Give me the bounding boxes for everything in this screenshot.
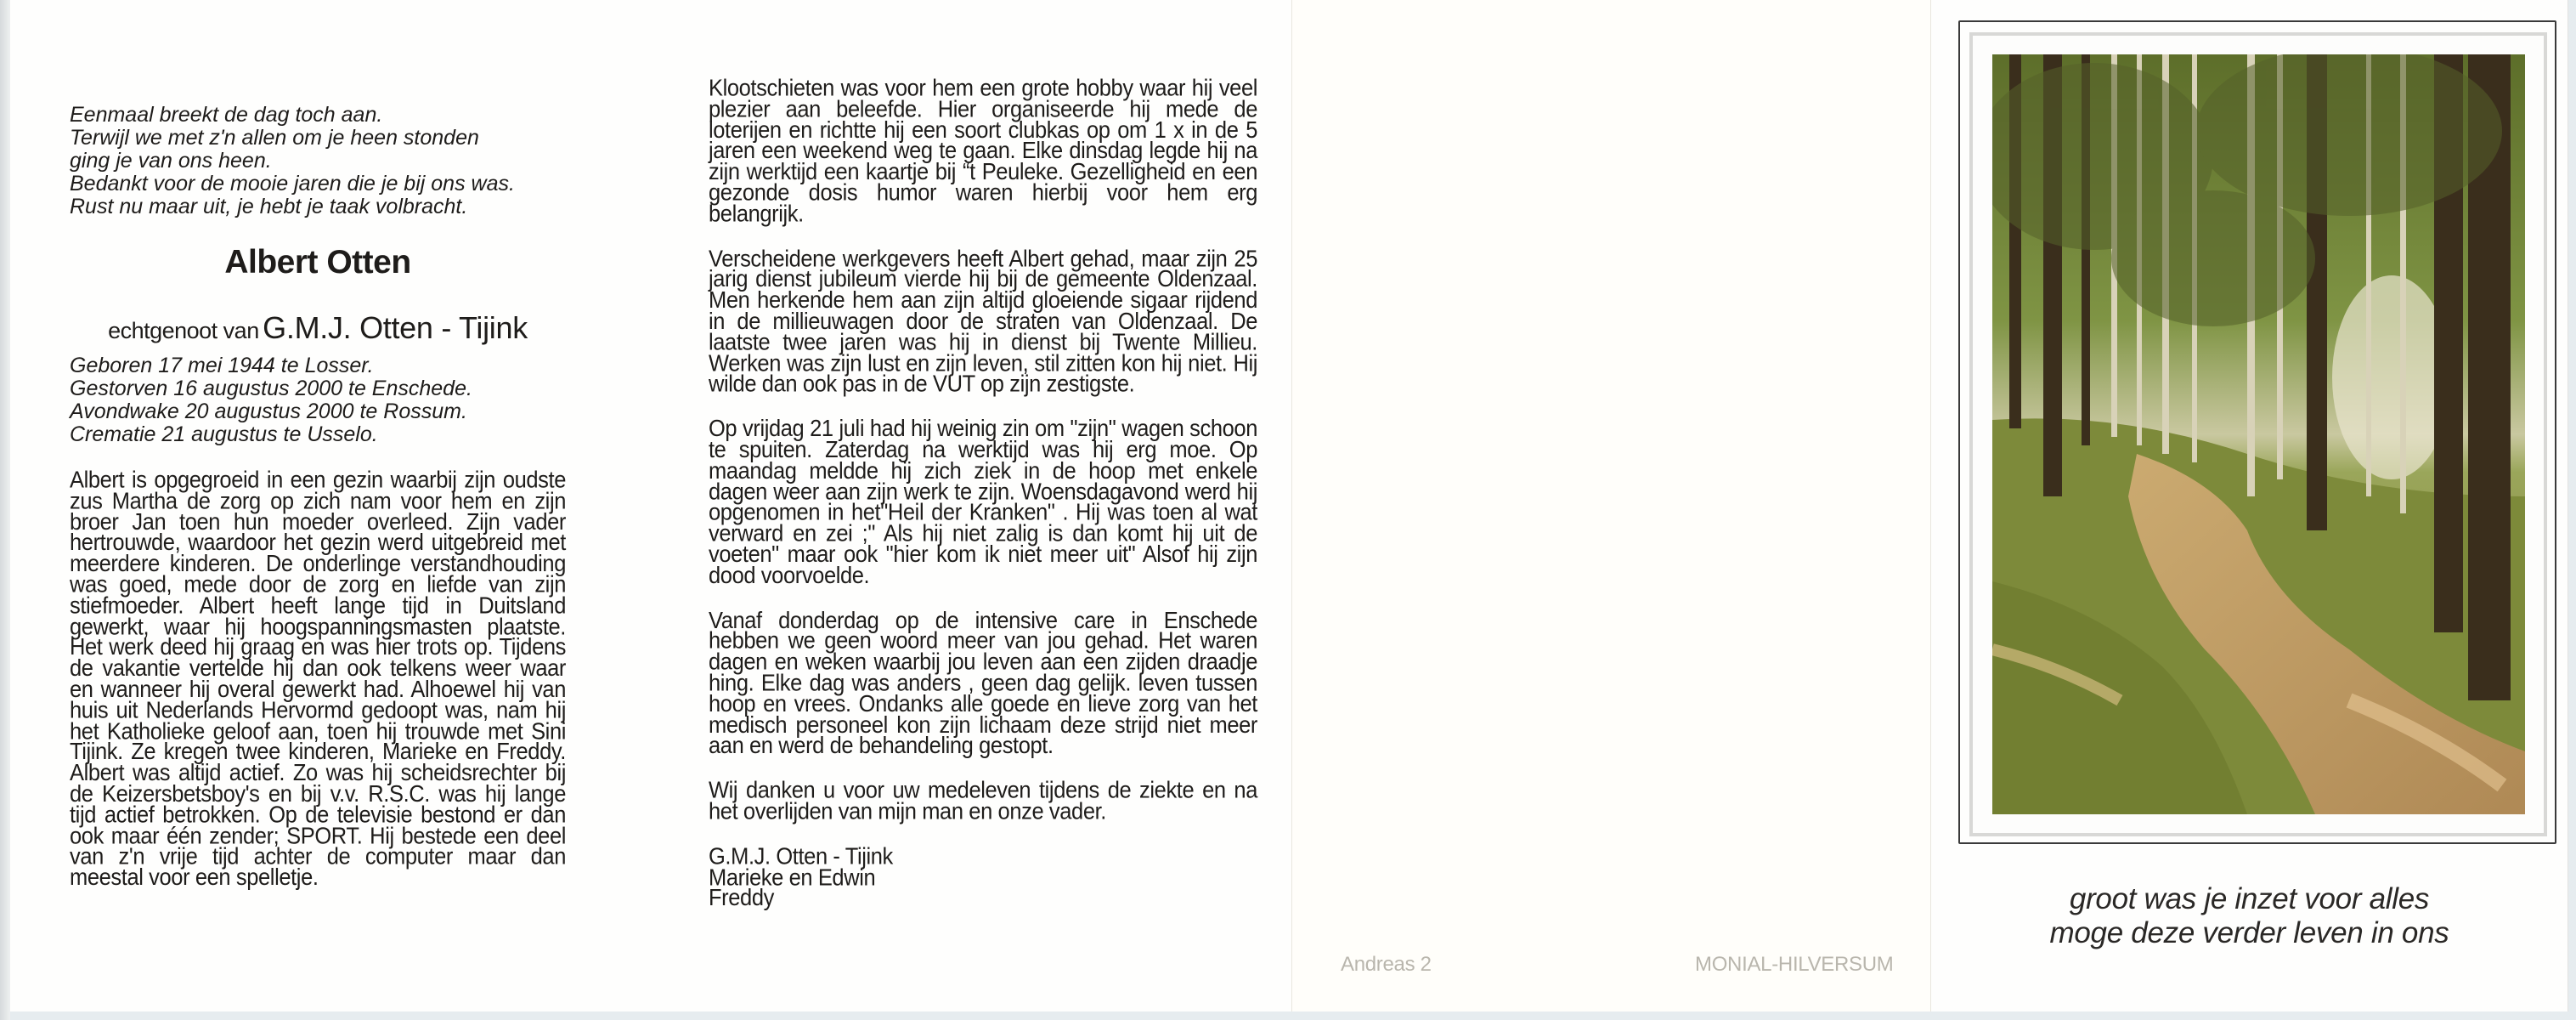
epitaph: groot was je inzet voor alles moge deze … <box>1931 882 2568 950</box>
fold-line <box>1930 0 1931 1011</box>
forest-path-photo <box>1992 54 2525 814</box>
spouse-line: echtgenoot van G.M.J. Otten - Tijink <box>70 310 566 346</box>
epitaph-line: groot was je inzet voor alles <box>1931 882 2568 916</box>
paragraph: Klootschieten was voor hem een grote hob… <box>709 78 1257 224</box>
paragraph: Op vrijdag 21 juli had hij weinig zin om… <box>709 419 1257 586</box>
scan-edge-shadow <box>0 0 10 1020</box>
poem-line: Bedankt voor de mooie jaren die je bij o… <box>70 173 566 195</box>
biography-continued: Klootschieten was voor hem een grote hob… <box>709 78 1257 909</box>
epitaph-line: moge deze verder leven in ons <box>1931 916 2568 950</box>
biography: Albert is opgegroeid in een gezin waarbi… <box>70 470 566 888</box>
panel-back <box>1292 0 1930 1011</box>
middle-column: Klootschieten was voor hem een grote hob… <box>709 78 1257 847</box>
date-line: Geboren 17 mei 1944 te Losser. <box>70 354 566 377</box>
deceased-name: Albert Otten <box>70 244 566 281</box>
signers: G.M.J. Otten - Tijink Marieke en Edwin F… <box>709 847 1257 909</box>
date-line: Crematie 21 augustus te Usselo. <box>70 423 566 446</box>
left-column: Eenmaal breekt de dag toch aan. Terwijl … <box>70 104 566 858</box>
printer-name: MONIAL-HILVERSUM <box>1695 953 1893 977</box>
paragraph: Verscheidene werkgevers heeft Albert geh… <box>709 248 1257 394</box>
date-line: Gestorven 16 augustus 2000 te Enschede. <box>70 377 566 400</box>
spouse-name: G.M.J. Otten - Tijink <box>263 310 528 345</box>
design-code: Andreas 2 <box>1341 953 1432 977</box>
date-line: Avondwake 20 augustus 2000 te Rossum. <box>70 400 566 423</box>
biography-text: Albert is opgegroeid in een gezin waarbi… <box>70 470 566 888</box>
poem-line: Terwijl we met z'n allen om je heen ston… <box>70 127 566 150</box>
life-dates: Geboren 17 mei 1944 te Losser. Gestorven… <box>70 354 566 446</box>
signer: Marieke en Edwin <box>709 867 1257 888</box>
thanks-paragraph: Wij danken u voor uw medeleven tijdens d… <box>709 780 1257 822</box>
fold-line <box>1291 0 1292 1011</box>
forest-illustration <box>1992 54 2525 814</box>
spouse-prefix: echtgenoot van <box>108 318 259 343</box>
poem-line: Rust nu maar uit, je hebt je taak volbra… <box>70 195 566 218</box>
poem-line: ging je van ons heen. <box>70 150 566 173</box>
signer: Freddy <box>709 888 1257 909</box>
opening-poem: Eenmaal breekt de dag toch aan. Terwijl … <box>70 104 566 218</box>
poem-line: Eenmaal breekt de dag toch aan. <box>70 104 566 127</box>
paragraph: Vanaf donderdag op de intensive care in … <box>709 610 1257 756</box>
